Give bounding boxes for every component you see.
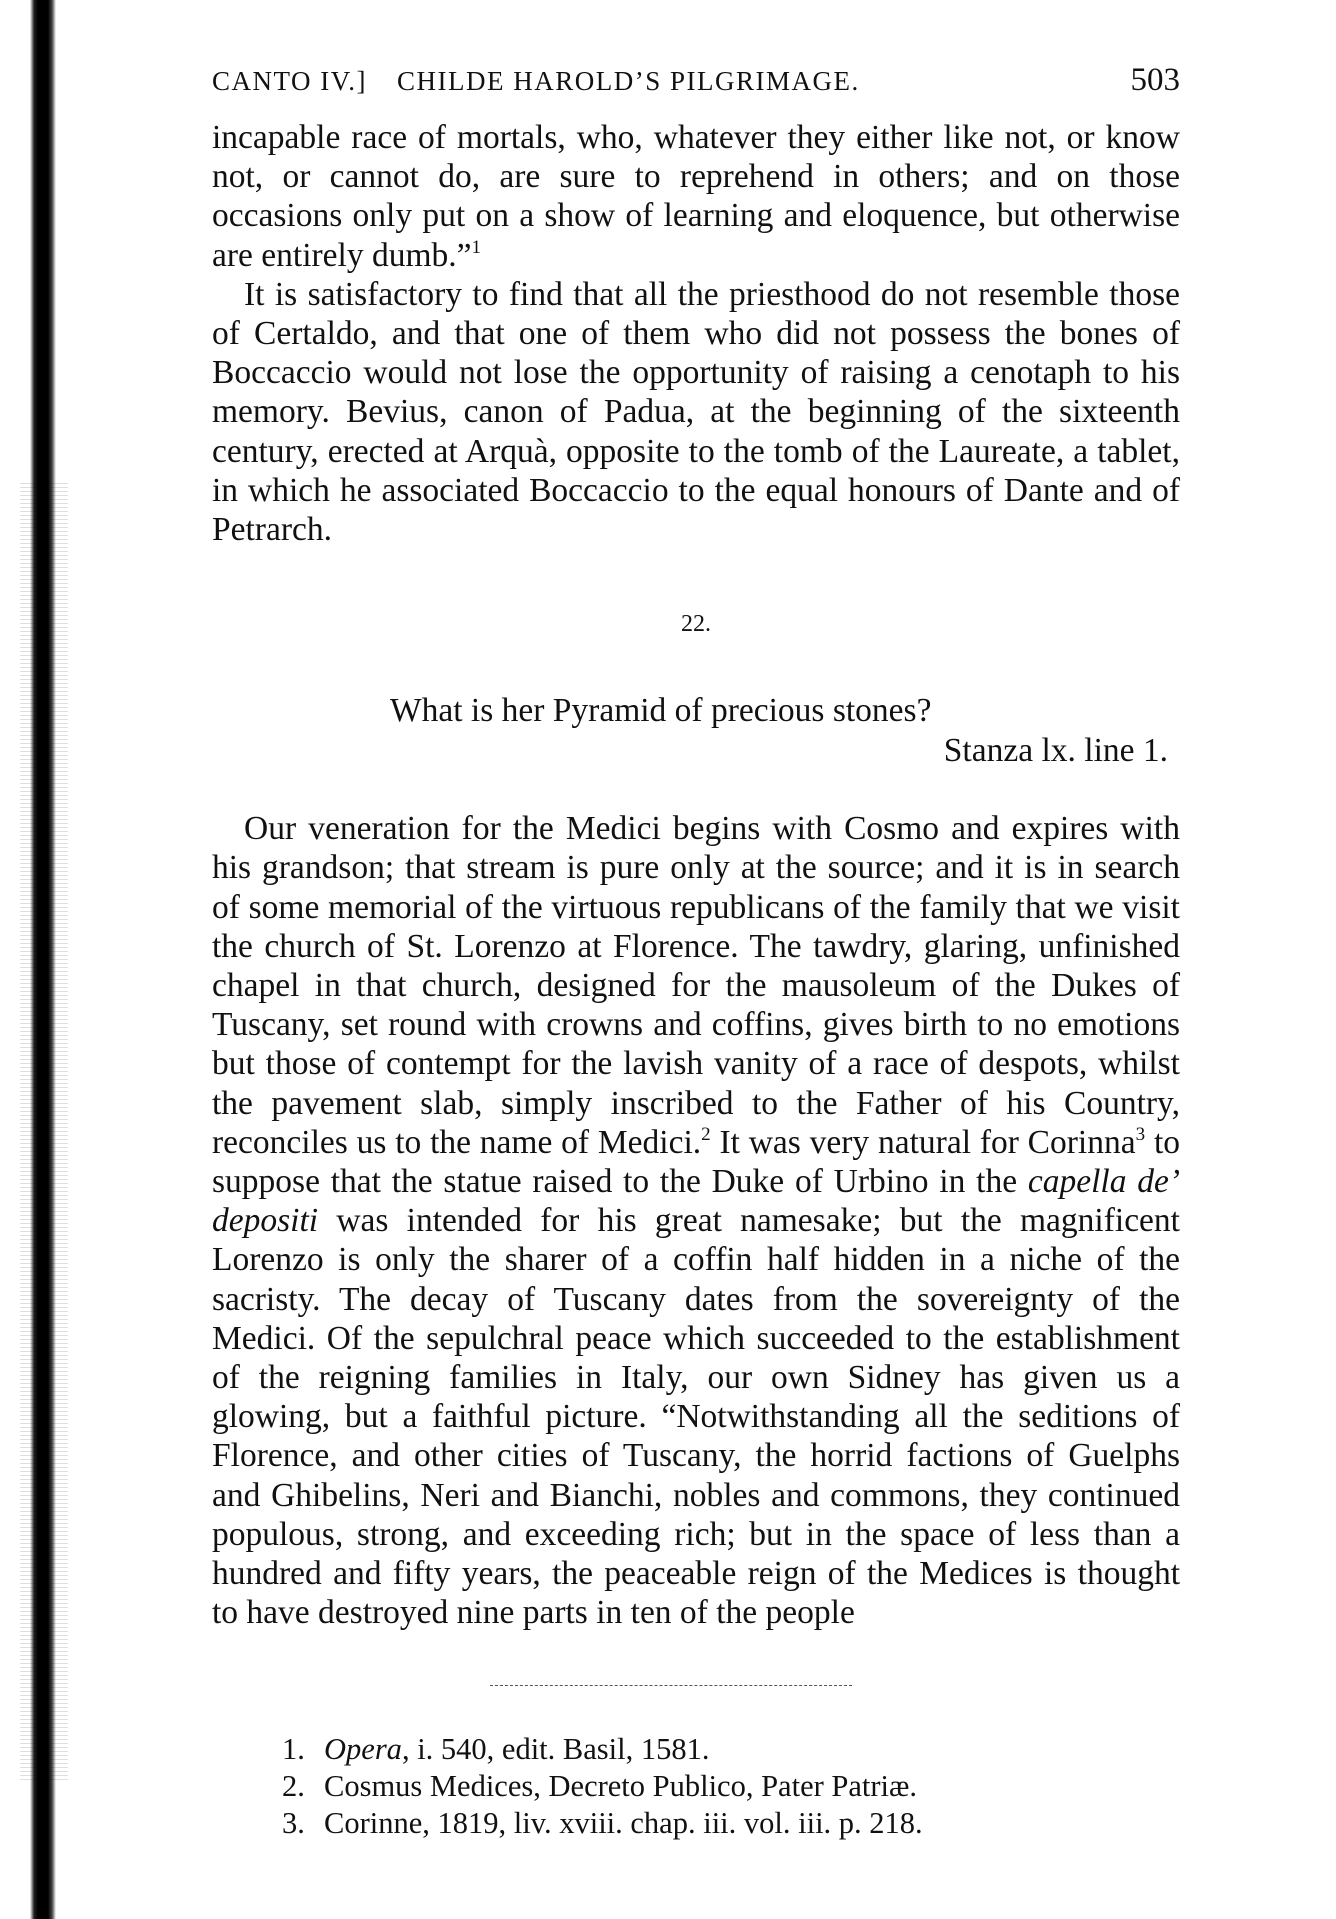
- canto-label: CANTO IV.]: [212, 66, 367, 97]
- stanza-quote: What is her Pyramid of precious stones? …: [212, 691, 1180, 771]
- note-body: Our veneration for the Medici begins wit…: [212, 809, 1180, 1632]
- footnote: 1. Opera, i. 540, edit. Basil, 1581.: [282, 1731, 1180, 1768]
- note-number: 22.: [212, 611, 1180, 651]
- footnote: 3. Corinne, 1819, liv. xviii. chap. iii.…: [282, 1805, 1180, 1842]
- paragraph: It is satisfactory to find that all the …: [212, 275, 1180, 549]
- footnote: 2. Cosmus Medices, Decreto Publico, Pate…: [282, 1768, 1180, 1805]
- quote-line: What is her Pyramid of precious stones?: [212, 691, 1180, 731]
- book-title: CHILDE HAROLD’S PILGRIMAGE.: [397, 66, 1130, 97]
- footnote-ref: 3: [1136, 1124, 1146, 1145]
- quote-reference: Stanza lx. line 1.: [212, 731, 1180, 771]
- footnote-ref: 2: [701, 1124, 711, 1145]
- continuation-text: incapable race of mortals, who, whatever…: [212, 118, 1180, 549]
- page-number: 503: [1131, 62, 1181, 99]
- footnote-divider: [490, 1685, 852, 1687]
- paragraph: Our veneration for the Medici begins wit…: [212, 809, 1180, 1632]
- scan-noise: [20, 480, 68, 1780]
- running-head: CANTO IV.] CHILDE HAROLD’S PILGRIMAGE. 5…: [212, 62, 1180, 118]
- footnotes: 1. Opera, i. 540, edit. Basil, 1581. 2. …: [212, 1731, 1180, 1842]
- paragraph: incapable race of mortals, who, whatever…: [212, 118, 1180, 275]
- footnote-ref: 1: [472, 237, 482, 258]
- book-page: CANTO IV.] CHILDE HAROLD’S PILGRIMAGE. 5…: [212, 62, 1180, 1842]
